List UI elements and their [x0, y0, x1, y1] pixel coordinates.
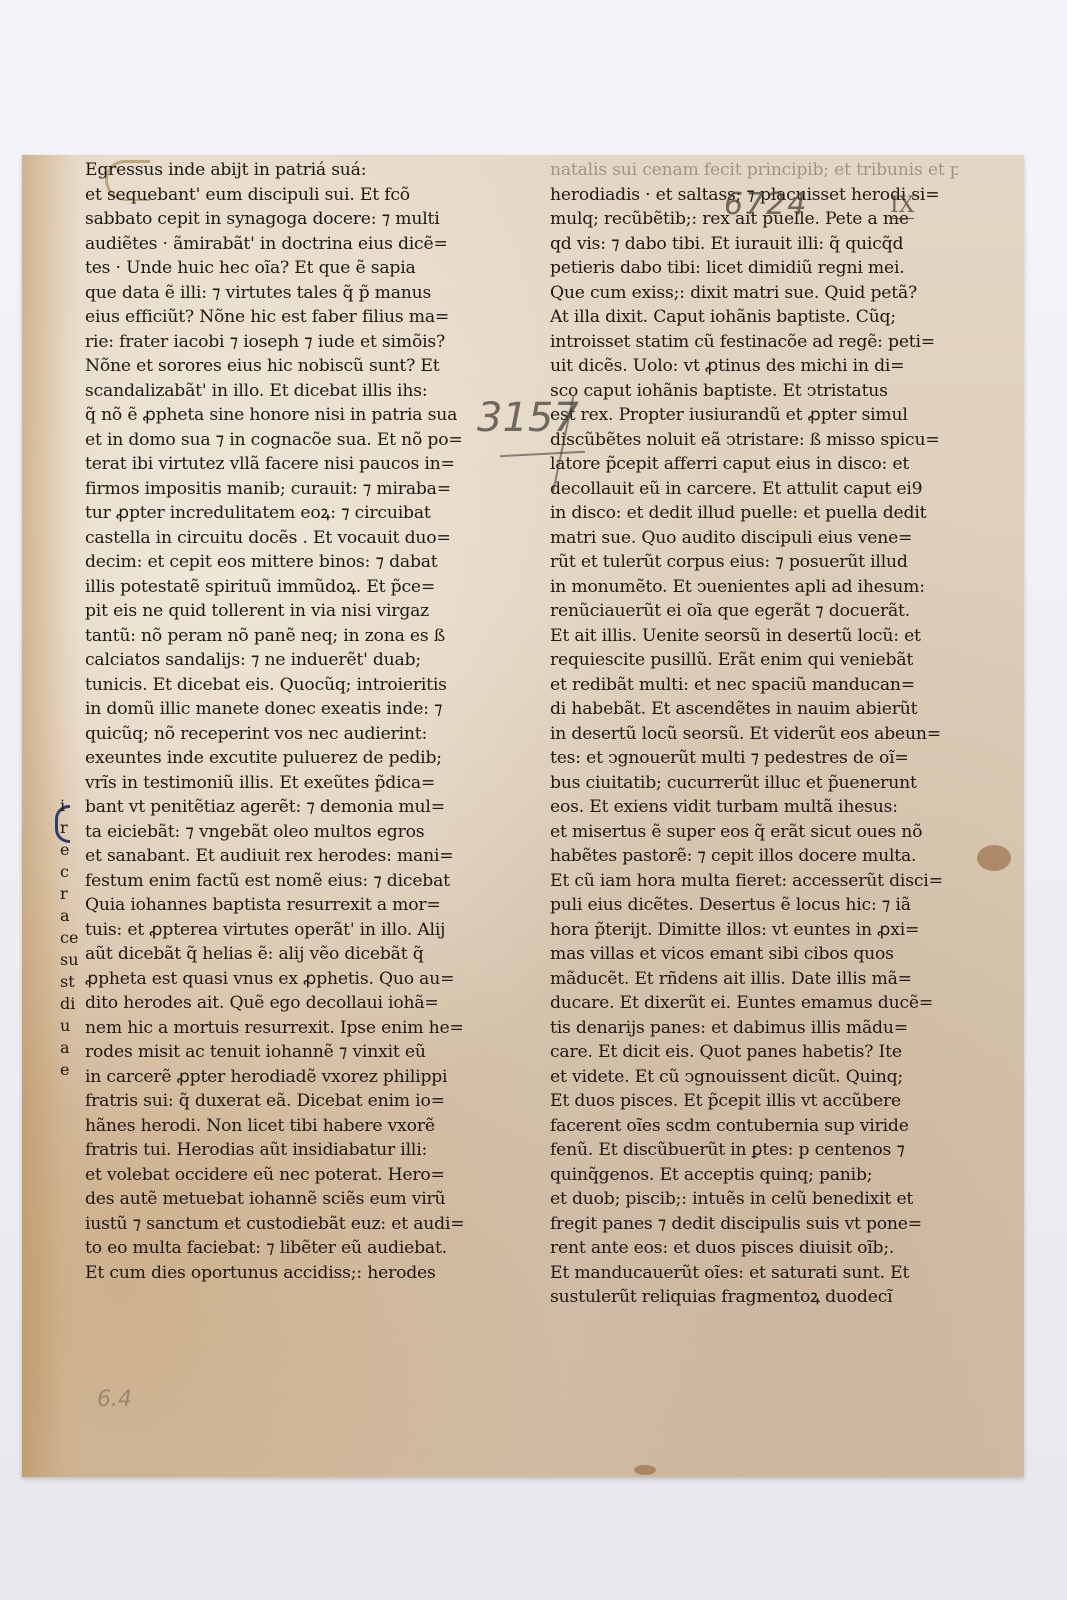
cropped-previous-leaf-text: i r e c r a ce su st di u a e — [60, 795, 80, 1081]
text-line: in carcerẽ ꝓpter herodiadẽ vxorez philip… — [85, 1065, 485, 1090]
fragment-letter: u — [60, 1015, 80, 1037]
text-column-right: natalis sui cenam fecit principib; et tr… — [550, 158, 958, 1310]
text-line: Que cum exiss;: dixit matri sue. Quid pe… — [550, 281, 958, 306]
fragment-letter: di — [60, 993, 80, 1015]
text-line: et redibãt multi: et nec spaciũ manducan… — [550, 673, 958, 698]
text-line: qd vis: ⁊ dabo tibi. Et iurauit illi: q̃… — [550, 232, 958, 257]
fragment-letter: ce — [60, 927, 80, 949]
text-column-left: Egressus inde abijt in patriá suá:et seq… — [85, 158, 485, 1285]
fragment-letter: r — [60, 817, 80, 839]
text-line: in desertũ locũ seorsũ. Et viderũt eos a… — [550, 722, 958, 747]
text-line: discũbẽtes noluit eã ↄtristare: ß misso … — [550, 428, 958, 453]
text-line: festum enim factũ est nomẽ eius: ⁊ diceb… — [85, 869, 485, 894]
text-line: et duob; piscib;: intuẽs in celũ benedix… — [550, 1187, 958, 1212]
text-line: mas villas et vicos emant sibi cibos quo… — [550, 942, 958, 967]
text-line: Egressus inde abijt in patriá suá: — [85, 158, 485, 183]
stain-bottom — [634, 1465, 656, 1475]
text-line: matri sue. Quo audito discipuli eius ven… — [550, 526, 958, 551]
text-line: et sanabant. Et audiuit rex herodes: man… — [85, 844, 485, 869]
text-line: Nõne et sorores eius hic nobiscũ sunt? E… — [85, 354, 485, 379]
text-line: q̃ nõ ẽ ꝓpheta sine honore nisi in patri… — [85, 403, 485, 428]
fragment-letter: e — [60, 1059, 80, 1081]
text-line: Quia iohannes baptista resurrexit a mor= — [85, 893, 485, 918]
text-line: et in domo sua ⁊ in cognacõe sua. Et nõ … — [85, 428, 485, 453]
text-line: et misertus ẽ super eos q̃ erãt sicut ou… — [550, 820, 958, 845]
text-line: exeuntes inde excutite puluerez de pedib… — [85, 746, 485, 771]
text-line: eos. Et exiens vidit turbam multã ihesus… — [550, 795, 958, 820]
text-line: di habebãt. Et ascendẽtes in nauim abier… — [550, 697, 958, 722]
text-line: sco caput iohãnis baptiste. Et ↄtristatu… — [550, 379, 958, 404]
text-line: introisset statim cũ festinacõe ad regẽ:… — [550, 330, 958, 355]
text-line: in disco: et dedit illud puelle: et puel… — [550, 501, 958, 526]
fragment-letter: a — [60, 905, 80, 927]
fragment-letter: a — [60, 1037, 80, 1059]
text-line: firmos impositis manib; curauit: ⁊ mirab… — [85, 477, 485, 502]
text-line: illis potestatẽ spirituũ immũdoꝝ. Et p̃c… — [85, 575, 485, 600]
text-line: vrĩs in testimoniũ illis. Et exeũtes p̃d… — [85, 771, 485, 796]
text-line: quicũq; nõ receperint vos nec audierint: — [85, 722, 485, 747]
text-line: iustũ ⁊ sanctum et custodiebãt euz: et a… — [85, 1212, 485, 1237]
text-line: tuis: et ꝓpterea virtutes operãt' in ill… — [85, 918, 485, 943]
text-line: decim: et cepit eos mittere binos: ⁊ dab… — [85, 550, 485, 575]
text-line: sabbato cepit in synagoga docere: ⁊ mult… — [85, 207, 485, 232]
text-line: eius efficiũt? Nõne hic est faber filius… — [85, 305, 485, 330]
manuscript-leaf: i r e c r a ce su st di u a e Egressus i… — [22, 155, 1024, 1477]
text-line: ducare. Et dixerũt ei. Euntes emamus duc… — [550, 991, 958, 1016]
text-line: requiescite pusillũ. Erãt enim qui venie… — [550, 648, 958, 673]
text-line: uit dicẽs. Uolo: vt ꝓtinus des michi in … — [550, 354, 958, 379]
fragment-letter: su — [60, 949, 80, 971]
text-line: puli eius dicẽtes. Desertus ẽ locus hic:… — [550, 893, 958, 918]
text-line: Et ait illis. Uenite seorsũ in desertũ l… — [550, 624, 958, 649]
text-line: fenũ. Et discũbuerũt in ꝑtes: p centenos… — [550, 1138, 958, 1163]
text-line: terat ibi virtutez vllã facere nisi pauc… — [85, 452, 485, 477]
text-line: rodes misit ac tenuit iohannẽ ⁊ vinxit e… — [85, 1040, 485, 1065]
text-line: in monumẽto. Et ↄuenientes apli ad ihesu… — [550, 575, 958, 600]
pencil-roman-numeral: IX — [890, 193, 914, 219]
text-line: calciatos sandalijs: ⁊ ne induerẽt' duab… — [85, 648, 485, 673]
text-line: hora p̃terijt. Dimitte illos: vt euntes … — [550, 918, 958, 943]
text-line: rie: frater iacobi ⁊ ioseph ⁊ iude et si… — [85, 330, 485, 355]
text-line: quinq̃genos. Et acceptis quinq; panib; — [550, 1163, 958, 1188]
fragment-letter: c — [60, 861, 80, 883]
text-line: care. Et dicit eis. Quot panes habetis? … — [550, 1040, 958, 1065]
text-line: Et cũ iam hora multa fieret: accesserũt … — [550, 869, 958, 894]
text-line: renũciauerũt ei oĩa que egerãt ⁊ docuerã… — [550, 599, 958, 624]
text-line: ta eiciebãt: ⁊ vngebãt oleo multos egros — [85, 820, 485, 845]
text-line: des autẽ metuebat iohannẽ sciẽs eum virũ — [85, 1187, 485, 1212]
fragment-letter: e — [60, 839, 80, 861]
text-line: ꝓpheta est quasi vnus ex ꝓphetis. Quo au… — [85, 967, 485, 992]
fragment-letter: st — [60, 971, 80, 993]
text-line: castella in circuitu docẽs . Et vocauit … — [85, 526, 485, 551]
text-line: decollauit eũ in carcere. Et attulit cap… — [550, 477, 958, 502]
text-line: latore p̃cepit afferri caput eius in dis… — [550, 452, 958, 477]
text-line: fregit panes ⁊ dedit discipulis suis vt … — [550, 1212, 958, 1237]
pencil-folio-number: 6724 — [724, 187, 808, 222]
text-line: facerent oĩes scdm contubernia sup virid… — [550, 1114, 958, 1139]
text-line: rũt et tulerũt corpus eius: ⁊ posuerũt i… — [550, 550, 958, 575]
text-line: dito herodes ait. Quẽ ego decollaui iohã… — [85, 991, 485, 1016]
text-line: tunicis. Et dicebat eis. Quocũq; introie… — [85, 673, 485, 698]
text-line: to eo multa faciebat: ⁊ libẽter eũ audie… — [85, 1236, 485, 1261]
fragment-letter: r — [60, 883, 80, 905]
text-line: pit eis ne quid tollerent in via nisi vi… — [85, 599, 485, 624]
text-line: tur ꝓpter incredulitatem eoꝝ: ⁊ circuiba… — [85, 501, 485, 526]
text-line: habẽtes pastorẽ: ⁊ cepit illos docere mu… — [550, 844, 958, 869]
text-line: At illa dixit. Caput iohãnis baptiste. C… — [550, 305, 958, 330]
text-line: aũt dicebãt q̃ helias ẽ: alij vẽo dicebã… — [85, 942, 485, 967]
text-line: tes · Unde huic hec oĩa? Et que ẽ sapia — [85, 256, 485, 281]
text-line: et volebat occidere eũ nec poterat. Hero… — [85, 1163, 485, 1188]
text-line: mãducẽt. Et rñdens ait illis. Date illis… — [550, 967, 958, 992]
text-line: et sequebant' eum discipuli sui. Et fcõ — [85, 183, 485, 208]
text-line: fratris sui: q̃ duxerat eã. Dicebat enim… — [85, 1089, 485, 1114]
text-line: est rex. Propter iusiurandũ et ꝓpter sim… — [550, 403, 958, 428]
fragment-letter: i — [60, 795, 80, 817]
text-line: bant vt penitẽtiaz agerẽt: ⁊ demonia mul… — [85, 795, 485, 820]
text-line: audiẽtes · ãmirabãt' in doctrina eius di… — [85, 232, 485, 257]
text-line: in domũ illic manete donec exeatis inde:… — [85, 697, 485, 722]
text-line: tantũ: nõ peram nõ panẽ neq; in zona es … — [85, 624, 485, 649]
text-line: tis denarijs panes: et dabimus illis mãd… — [550, 1016, 958, 1041]
text-line: petieris dabo tibi: licet dimidiũ regni … — [550, 256, 958, 281]
text-line: tes: et ↄgnouerũt multi ⁊ pedestres de o… — [550, 746, 958, 771]
text-line: Et duos pisces. Et p̃cepit illis vt accũ… — [550, 1089, 958, 1114]
text-line: Et cum dies oportunus accidiss;: herodes — [85, 1261, 485, 1286]
text-line: scandalizabãt' in illo. Et dicebat illis… — [85, 379, 485, 404]
text-line: nem hic a mortuis resurrexit. Ipse enim … — [85, 1016, 485, 1041]
stain-right-margin — [977, 845, 1011, 871]
text-line: bus ciuitatib; cucurrerũt illuc et p̃uen… — [550, 771, 958, 796]
pencil-bottom-note: 6.4 — [97, 1387, 132, 1412]
text-line: rent ante eos: et duos pisces diuisit oĩ… — [550, 1236, 958, 1261]
text-line: et videte. Et cũ ↄgnouissent dicũt. Quin… — [550, 1065, 958, 1090]
text-line: natalis sui cenam fecit principib; et tr… — [550, 158, 958, 183]
text-line: que data ẽ illi: ⁊ virtutes tales q̃ p̃ … — [85, 281, 485, 306]
text-line: Et manducauerũt oĩes: et saturati sunt. … — [550, 1261, 958, 1286]
text-line: fratris tui. Herodias aũt insidiabatur i… — [85, 1138, 485, 1163]
text-line: sustulerũt reliquias fragmentoꝝ duodecĩ — [550, 1285, 958, 1310]
text-line: hãnes herodi. Non licet tibi habere vxor… — [85, 1114, 485, 1139]
